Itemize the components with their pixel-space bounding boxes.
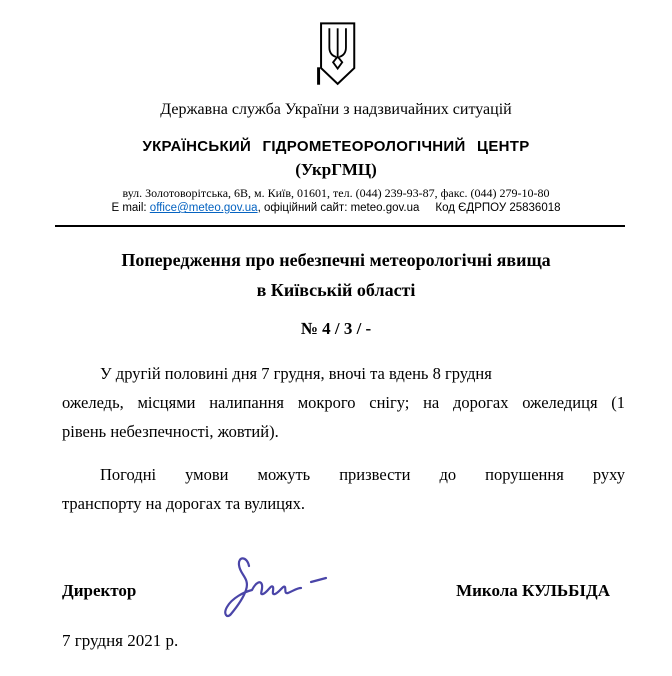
- header-divider-rule: [55, 225, 625, 227]
- paragraph-consequences: Погодні умови можуть призвести до поруше…: [62, 460, 625, 518]
- signer-role: Директор: [62, 580, 136, 602]
- document-date: 7 грудня 2021 р.: [62, 630, 672, 652]
- address-line: вул. Золотоворітська, 6В, м. Київ, 01601…: [0, 186, 672, 200]
- website-text: , офіційний сайт: meteo.gov.ua: [258, 202, 420, 214]
- paragraph-line: ожеледь, місцями налипання мокрого снігу…: [62, 388, 625, 417]
- document-title-line1: Попередження про небезпечні метеорологіч…: [40, 245, 632, 275]
- document-title-line2: в Київській області: [40, 275, 632, 305]
- paragraph-line: У другій половині дня 7 грудня, вночі та…: [62, 359, 625, 388]
- paragraph-line: транспорту на дорогах та вулицях.: [62, 489, 625, 518]
- document-title: Попередження про небезпечні метеорологіч…: [40, 245, 632, 305]
- email-link[interactable]: office@meteo.gov.ua: [150, 202, 258, 214]
- paragraph-line: рівень небезпечності, жовтий).: [62, 417, 625, 446]
- signer-name: Микола КУЛЬБІДА: [456, 580, 610, 602]
- paragraph-line: Погодні умови можуть призвести до поруше…: [62, 460, 625, 489]
- document-number: № 4 / 3 / -: [0, 317, 672, 341]
- handwritten-signature: [216, 552, 336, 622]
- signature-block: Директор Микола КУЛЬБІДА: [62, 558, 610, 624]
- document-body: У другій половині дня 7 грудня, вночі та…: [62, 359, 625, 518]
- agency-name: Державна служба України з надзвичайних с…: [0, 100, 672, 120]
- ukraine-trident-emblem: [311, 20, 361, 98]
- letter-page: Державна служба України з надзвичайних с…: [0, 0, 672, 676]
- paragraph-warning: У другій половині дня 7 грудня, вночі та…: [62, 359, 625, 446]
- contacts-line: E mail: office@meteo.gov.ua, офіційний с…: [0, 201, 672, 216]
- email-label: E mail:: [111, 202, 149, 214]
- organization-abbreviation: (УкрГМЦ): [0, 159, 672, 181]
- edrpou-code: Код ЄДРПОУ 25836018: [435, 202, 560, 214]
- organization-name: УКРАЇНСЬКИЙ ГІДРОМЕТЕОРОЛОГІЧНИЙ ЦЕНТР: [0, 137, 672, 157]
